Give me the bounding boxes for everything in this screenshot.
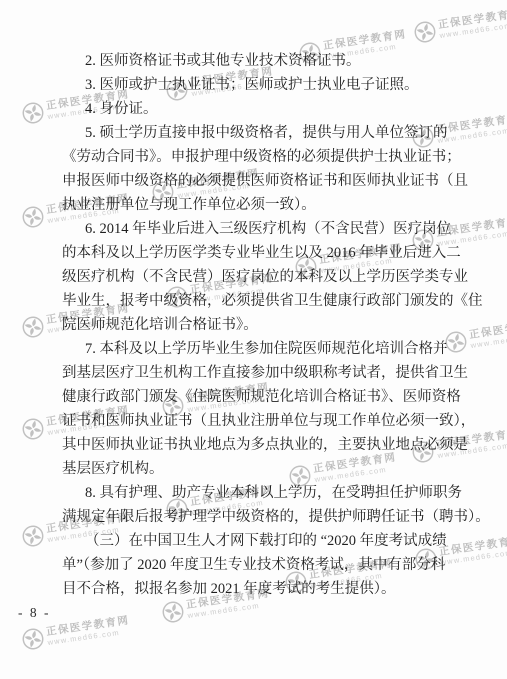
text-line: 4. 身份证。 [62, 97, 468, 121]
text-line: 5. 硕士学历直接申报中级资格者，提供与用人单位签订的 [62, 121, 468, 145]
med66-logo-icon [21, 524, 46, 549]
document-body: 2. 医师资格证书或其他专业技术资格证书。3. 医师或护士执业证书；医师或护士执… [62, 49, 468, 601]
med66-logo-icon [21, 205, 46, 230]
text-line: 《劳动合同书》。申报护理中级资格的必须提供护士执业证书； [62, 145, 468, 169]
med66-logo-icon [413, 20, 438, 45]
watermark-text: 正保医学教育网www.med66.com [468, 318, 507, 350]
text-line: 院医师规范化培训合格证书》。 [62, 313, 468, 337]
text-line: 满规定年限后报考护理学中级资格的，提供护师聘任证书（聘书）。 [62, 505, 468, 529]
text-line: 其中医师执业证书执业地点为多点执业的，主要执业地点必须是 [62, 433, 468, 457]
med66-logo-icon [21, 627, 46, 652]
text-line: 的本科及以上学历医学类专业毕业生以及 2016 年毕业后进入二 [62, 241, 468, 265]
med66-logo-icon [21, 315, 46, 340]
watermark-text: 正保医学教育网www.med66.com [437, 8, 507, 40]
text-line: 2. 医师资格证书或其他专业技术资格证书。 [62, 49, 468, 73]
text-line: 申报医师中级资格的必须提供医师资格证书和医师执业证书（且 [62, 169, 468, 193]
text-line: 毕业生，报考中级资格，必须提供省卫生健康行政部门颁发的《住 [62, 289, 468, 313]
text-line: 健康行政部门颁发《住院医师规范化培训合格证书》、医师资格 [62, 385, 468, 409]
text-line: 8. 具有护理、助产专业本科以上学历，在受聘担任护师职务 [62, 481, 468, 505]
text-line: 目不合格，拟报名参加 2021 年度考试的考生提供）。 [62, 577, 468, 601]
text-line: 到基层医疗卫生机构工作直接参加中级职称考试者，提供省卫生 [62, 361, 468, 385]
text-line: 7. 本科及以上学历毕业生参加住院医师规范化培训合格并 [62, 337, 468, 361]
med66-logo-icon [161, 600, 186, 625]
watermark: 正保医学教育网www.med66.com [413, 7, 507, 44]
text-line: 执业注册单位与现工作单位必须一致）。 [62, 193, 468, 217]
med66-logo-icon [21, 417, 46, 442]
document-page: 正保医学教育网www.med66.com正保医学教育网www.med66.com… [0, 0, 507, 679]
med66-logo-icon [21, 101, 46, 126]
text-line: 3. 医师或护士执业证书；医师或护士执业电子证照。 [62, 73, 468, 97]
watermark-text: 正保医学教育网www.med66.com [45, 615, 131, 647]
page-number: - 8 - [18, 605, 51, 621]
text-line: 单”（参加了 2020 年度卫生专业技术资格考试，其中有部分科 [62, 553, 468, 577]
text-line: 证书和医师执业证书（且执业注册单位与现工作单位必须一致）， [62, 409, 468, 433]
text-line: （三）在中国卫生人才网下载打印的 “2020 年度考试成绩 [62, 529, 468, 553]
text-line: 基层医疗机构。 [62, 457, 468, 481]
text-line: 6. 2014 年毕业后进入三级医疗机构（不含民营）医疗岗位 [62, 217, 468, 241]
text-line: 级医疗机构（不含民营）医疗岗位的本科及以上学历医学类专业 [62, 265, 468, 289]
